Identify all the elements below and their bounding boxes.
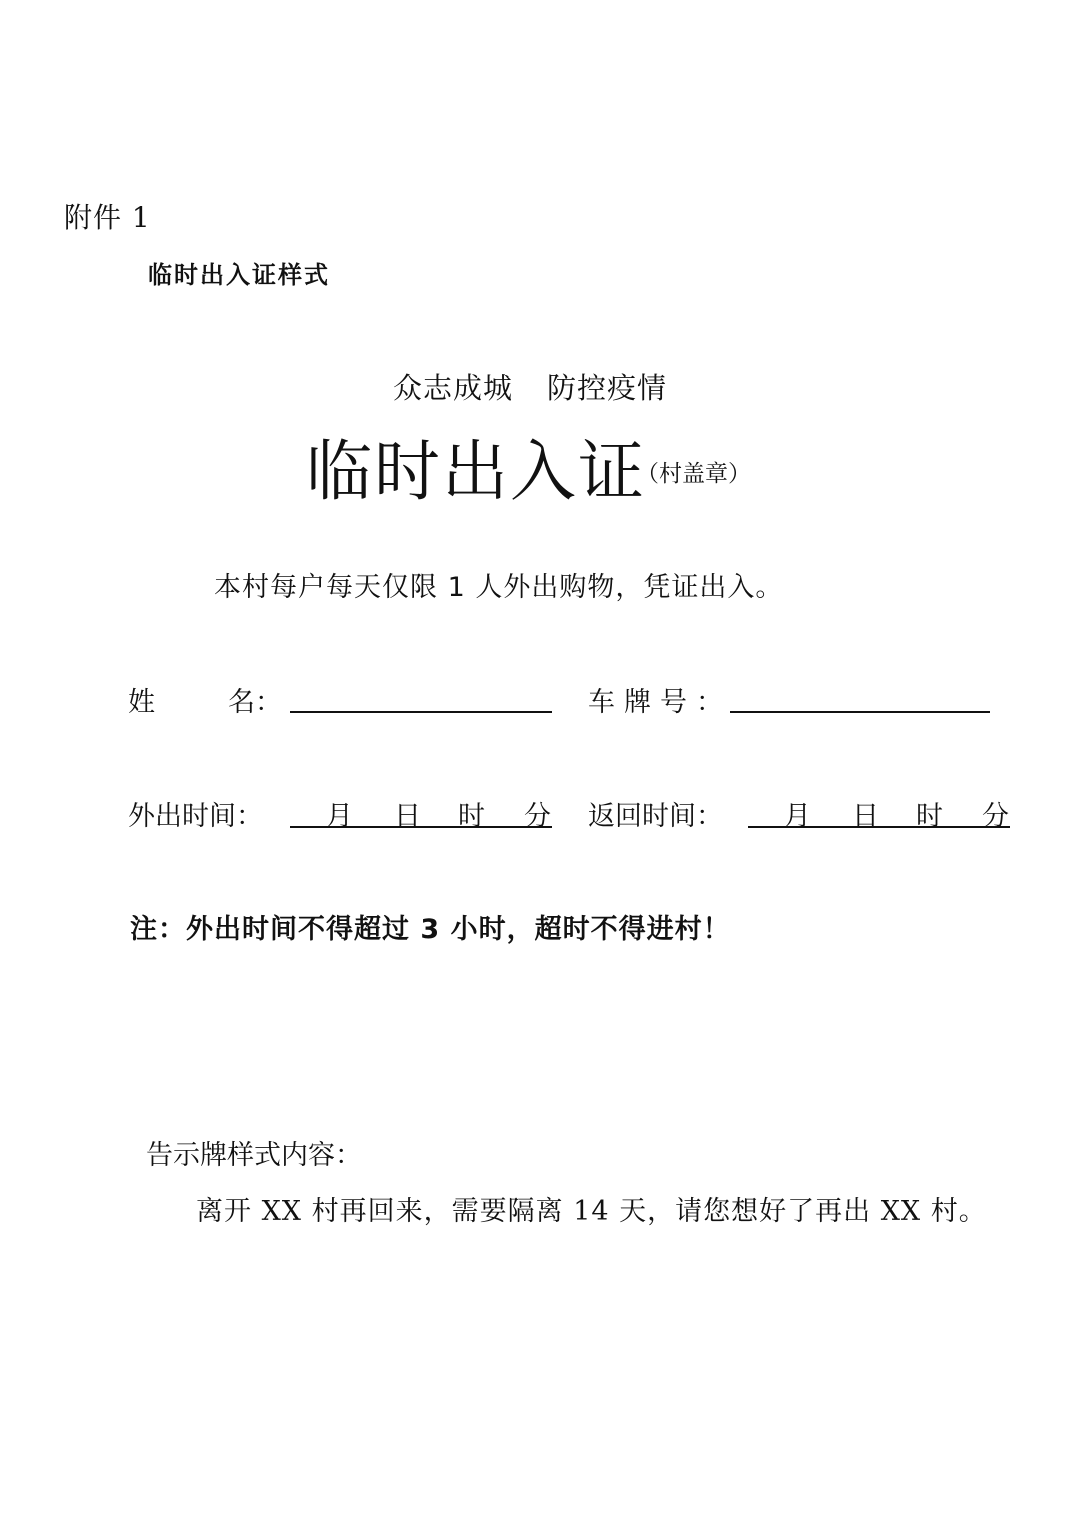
slogan-part-1: 众志成城 xyxy=(393,371,513,405)
out-hour-unit: 时 xyxy=(458,794,485,833)
out-time-label: 外出时间： xyxy=(128,794,263,833)
time-limit-note: 注：外出时间不得超过 3 小时，超时不得进村！ xyxy=(130,907,731,946)
attachment-label: 附件 1 xyxy=(64,196,151,236)
signboard-heading: 告示牌样式内容： xyxy=(146,1133,362,1172)
name-label-first-char: 姓 xyxy=(128,680,155,719)
return-minute-unit: 分 xyxy=(982,794,1009,833)
name-field-underline[interactable] xyxy=(290,711,552,713)
return-day-unit: 日 xyxy=(852,794,879,833)
stamp-note: （村盖章） xyxy=(636,455,751,488)
return-month-unit: 月 xyxy=(784,794,811,833)
rule-text: 本村每户每天仅限 1 人外出购物，凭证出入。 xyxy=(214,565,783,604)
plate-field-underline[interactable] xyxy=(730,711,990,713)
plate-label: 车牌号： xyxy=(588,680,732,719)
signboard-content: 离开 XX 村再回来，需要隔离 14 天，请您想好了再出 XX 村。 xyxy=(196,1189,987,1228)
out-month-unit: 月 xyxy=(326,794,353,833)
return-hour-unit: 时 xyxy=(916,794,943,833)
name-label-second-char: 名： xyxy=(228,680,282,719)
return-time-label: 返回时间： xyxy=(588,794,723,833)
slogan-part-2: 防控疫情 xyxy=(547,371,667,405)
pass-title: 临时出入证 xyxy=(306,418,646,513)
out-minute-unit: 分 xyxy=(524,794,551,833)
slogan: 众志成城防控疫情 xyxy=(393,366,667,407)
out-day-unit: 日 xyxy=(394,794,421,833)
document-subtitle: 临时出入证样式 xyxy=(148,255,330,290)
